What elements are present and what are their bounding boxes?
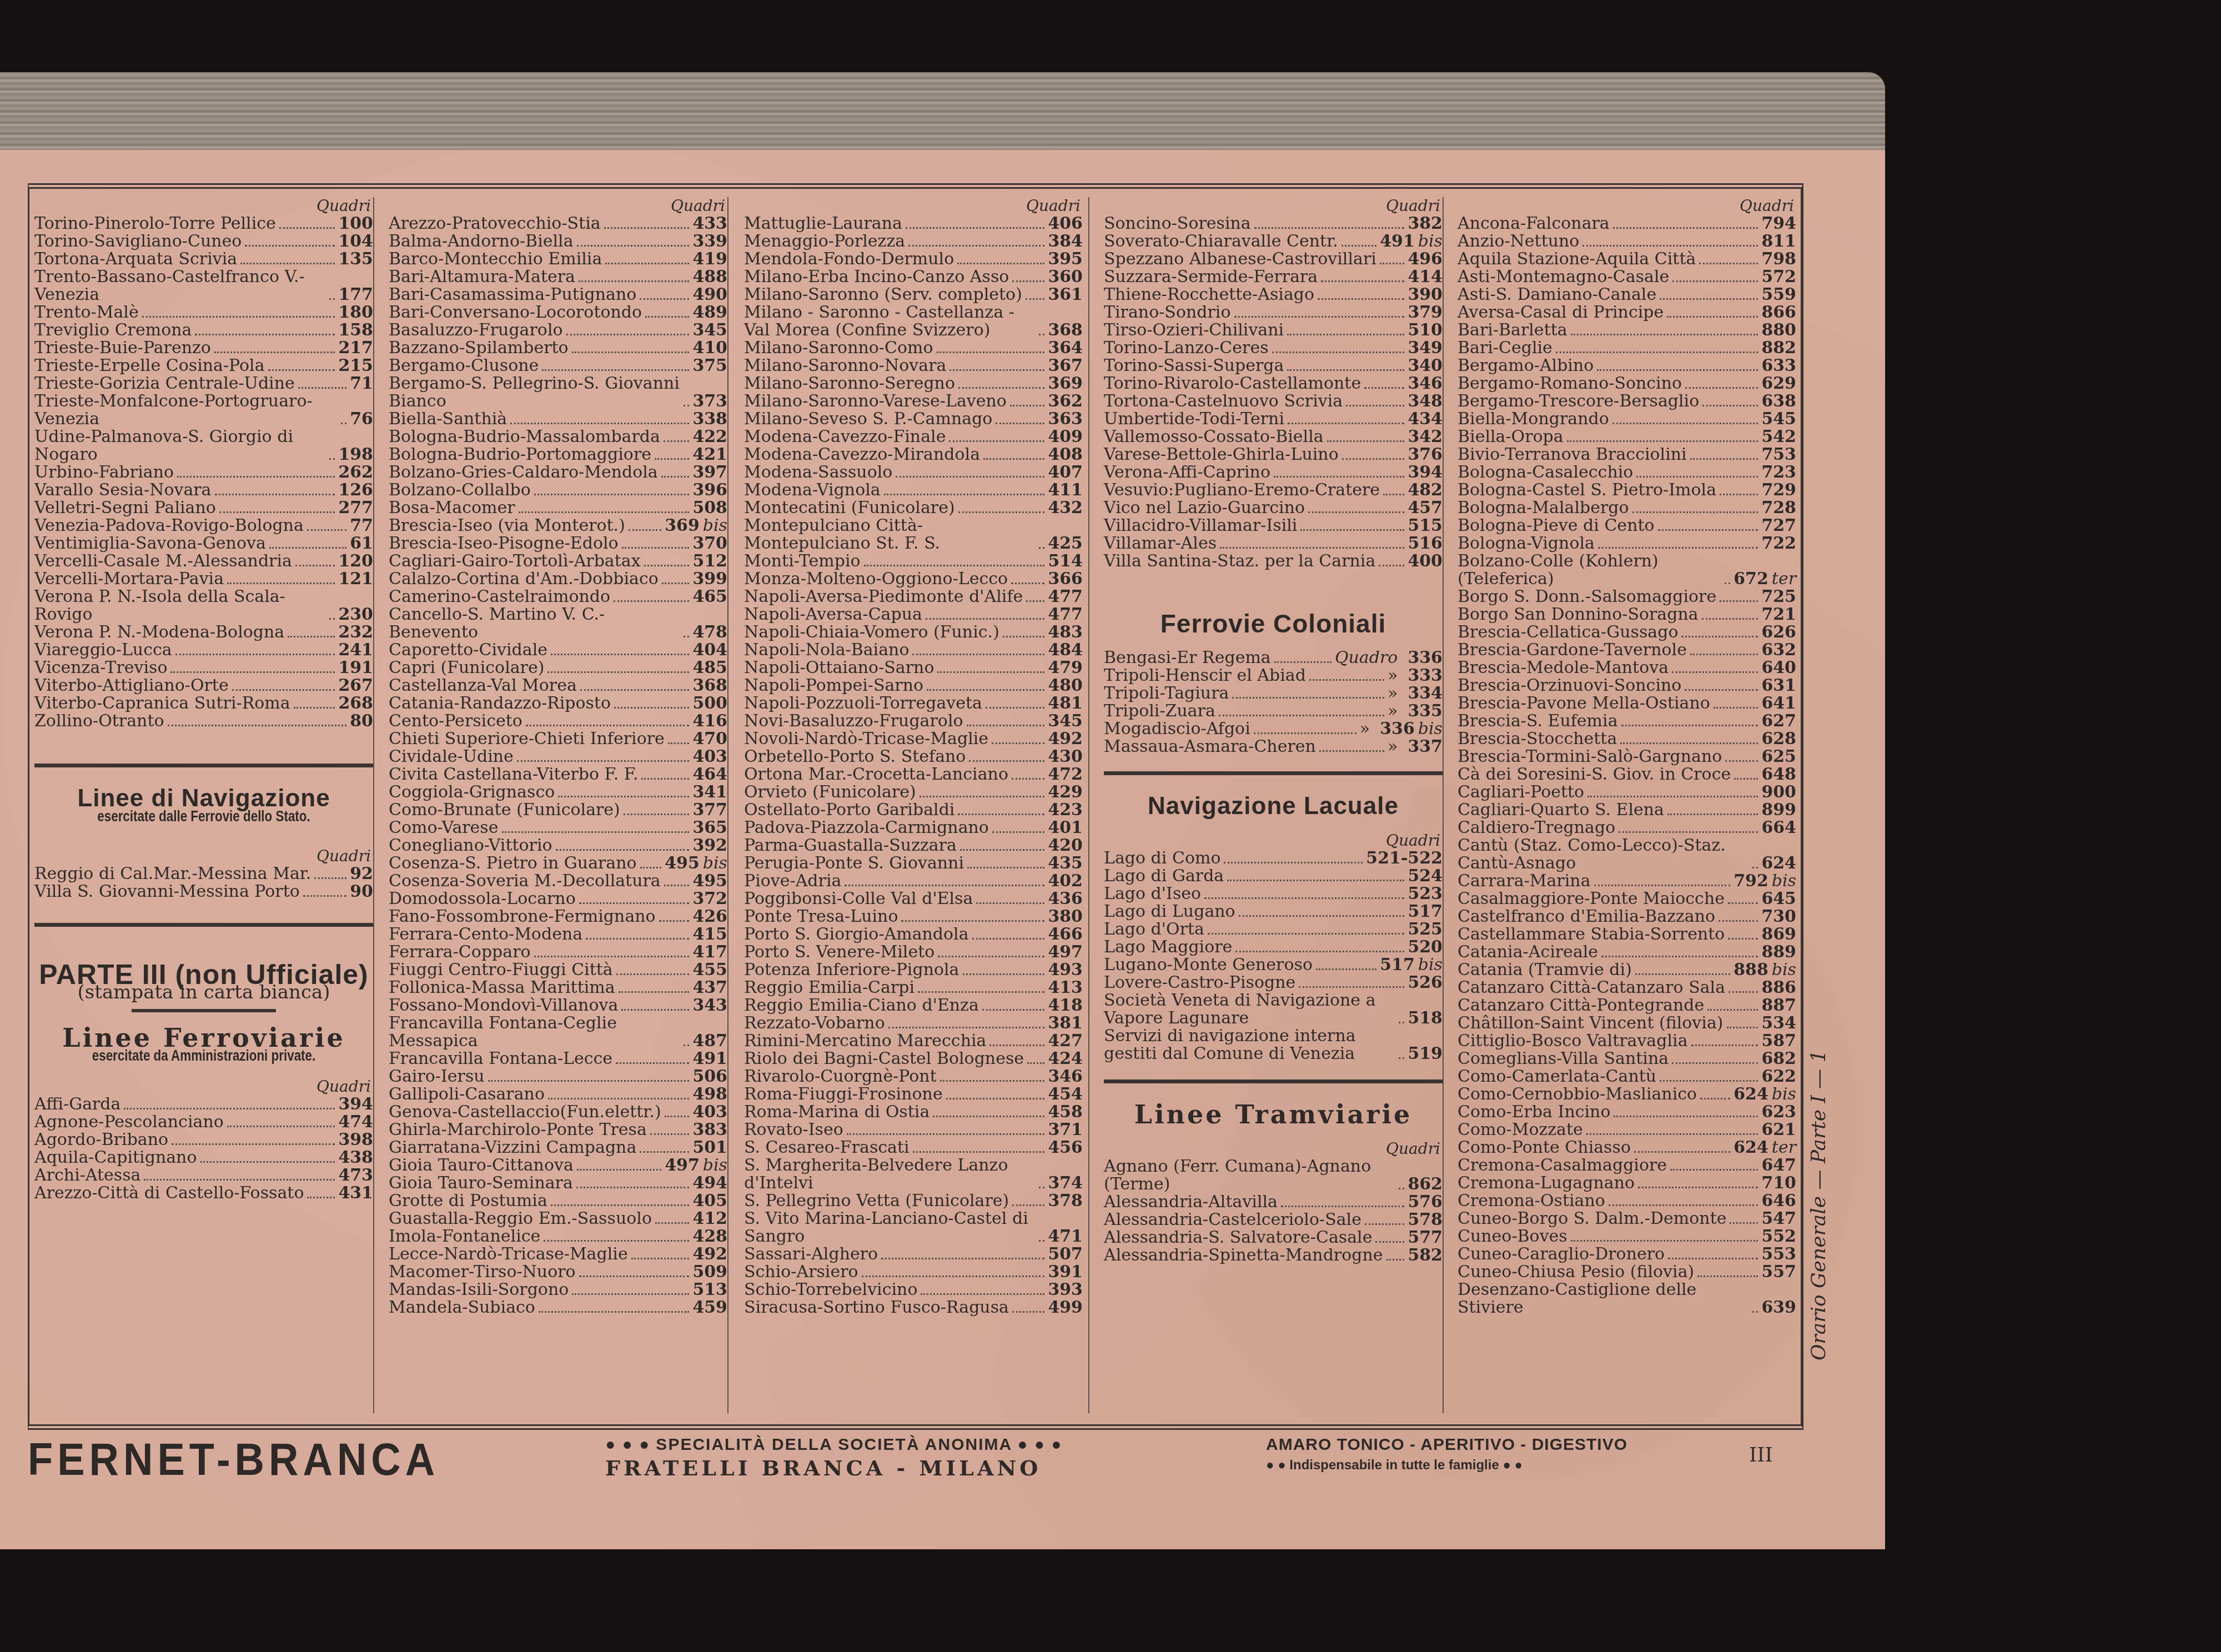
entry-name: Napoli-Pompei-Sarno bbox=[744, 677, 923, 695]
entry-name: Anzio-Nettuno bbox=[1458, 233, 1579, 250]
index-entry: Catania-Acireale889 bbox=[1458, 943, 1796, 961]
entry-name: Reggio Emilia-Ciano d'Enza bbox=[744, 997, 979, 1015]
dot-leader bbox=[579, 902, 690, 904]
entry-table-number: 417 bbox=[692, 943, 727, 961]
dot-leader bbox=[986, 707, 1044, 709]
dot-leader bbox=[1281, 1206, 1404, 1207]
entry-table-number: 361 bbox=[1048, 286, 1083, 304]
index-entry: Napoli-Aversa-Piedimonte d'Alife477 bbox=[744, 588, 1083, 606]
entry-table-number: 411 bbox=[1048, 481, 1083, 499]
entry-name: Torino-Pinerolo-Torre Pellice bbox=[34, 215, 276, 233]
entry-table-number: 61 bbox=[350, 535, 373, 553]
index-entry: Urbino-Fabriano262 bbox=[34, 464, 373, 481]
column-2: Quadri Arezzo-Pratovecchio-Stia433Balma-… bbox=[389, 197, 727, 1413]
dot-leader bbox=[665, 1116, 690, 1117]
entry-table-number: 364 bbox=[1048, 339, 1083, 357]
entry-table-number: 394 bbox=[338, 1096, 373, 1113]
entry-name: Gioia Tauro-Cittanova bbox=[389, 1157, 574, 1174]
index-entry: Aversa-Casal di Principe866 bbox=[1458, 304, 1796, 322]
dot-leader bbox=[937, 352, 1045, 353]
dot-leader bbox=[969, 760, 1044, 762]
entry-name: Bergamo-Romano-Soncino bbox=[1458, 375, 1682, 393]
entry-name: Soncino-Soresina bbox=[1104, 215, 1251, 233]
entry-table-number: 866 bbox=[1761, 304, 1796, 322]
dot-leader bbox=[1700, 1098, 1730, 1099]
entry-name: Viareggio-Lucca bbox=[34, 641, 172, 659]
index-entry: Montepulciano Città-Montepulciano St. F.… bbox=[744, 517, 1083, 553]
entry-name: Bari-Ceglie bbox=[1458, 339, 1552, 357]
entry-name: Cantù (Staz. Como-Lecco)-Staz. Cantù-Asn… bbox=[1458, 837, 1749, 872]
dot-leader bbox=[641, 778, 689, 780]
dot-leader bbox=[655, 458, 689, 460]
entry-name: Montecatini (Funicolare) bbox=[744, 499, 955, 517]
entry-table-number: 526 bbox=[1408, 974, 1443, 992]
entry-table-number: 470 bbox=[692, 730, 727, 748]
dot-leader bbox=[314, 877, 346, 879]
entry-table-number: 624 bbox=[1733, 1139, 1768, 1157]
index-entry: Tripoli-Henscir el Abiad»333 bbox=[1104, 667, 1443, 685]
dot-leader bbox=[341, 423, 346, 424]
entry-mark: » bbox=[1388, 738, 1398, 756]
entry-name: Agnano (Ferr. Cumana)-Agnano (Terme) bbox=[1104, 1158, 1395, 1193]
fernet-branca-advert: FERNET-BRANCA ● ● ● SPECIALITÀ DELLA SOC… bbox=[28, 1435, 1799, 1491]
route-list: Arezzo-Pratovecchio-Stia433Balma-Andorno… bbox=[389, 215, 727, 1317]
entry-table-number: 465 bbox=[692, 588, 727, 606]
entry-name: Bari-Casamassima-Putignano bbox=[389, 286, 636, 304]
dot-leader bbox=[1232, 697, 1384, 699]
entry-name: Bergamo-Clusone bbox=[389, 357, 539, 375]
index-entry: Verona-Affi-Caprino394 bbox=[1104, 464, 1443, 481]
index-entry: Torino-Sassi-Superga340 bbox=[1104, 357, 1443, 375]
entry-name: Brescia-Iseo-Pisogne-Edolo bbox=[389, 535, 619, 553]
index-entry: Ostellato-Porto Garibaldi423 bbox=[744, 801, 1083, 819]
entry-table-number: 492 bbox=[1048, 730, 1083, 748]
quadri-label: Quadri bbox=[1458, 197, 1796, 215]
entry-table-number: 362 bbox=[1048, 393, 1083, 410]
entry-table-number: 340 bbox=[1408, 357, 1443, 375]
entry-table-number: 431 bbox=[338, 1184, 373, 1202]
dot-leader bbox=[1318, 298, 1404, 300]
entry-table-number: 557 bbox=[1761, 1263, 1796, 1281]
dot-leader bbox=[619, 991, 690, 993]
entry-name: Potenza Inferiore-Pignola bbox=[744, 961, 959, 979]
dot-leader bbox=[1012, 1311, 1044, 1313]
dot-leader bbox=[1287, 334, 1404, 335]
entry-table-number: 438 bbox=[338, 1149, 373, 1167]
index-entry: Viareggio-Lucca241 bbox=[34, 641, 373, 659]
index-entry: Reggio di Cal.Mar.-Messina Mar.92 bbox=[34, 865, 373, 883]
dot-leader bbox=[946, 1098, 1045, 1099]
entry-table-number: 360 bbox=[1048, 268, 1083, 286]
entry-table-number: 578 bbox=[1408, 1211, 1443, 1229]
dot-leader bbox=[1039, 334, 1044, 335]
dot-leader bbox=[1039, 547, 1044, 549]
dot-leader bbox=[539, 1311, 689, 1313]
dot-leader bbox=[1239, 915, 1405, 917]
index-entry: Cremona-Lugagnano710 bbox=[1458, 1174, 1796, 1192]
index-entry: Bari-Conversano-Locorotondo489 bbox=[389, 304, 727, 322]
entry-name: Cuneo-Chiusa Pesio (filovia) bbox=[1458, 1263, 1694, 1281]
index-entry: Lago di Lugano517 bbox=[1104, 903, 1443, 921]
index-entry: Rezzato-Vobarno381 bbox=[744, 1015, 1083, 1032]
index-entry: Massaua-Asmara-Cheren»337 bbox=[1104, 738, 1443, 756]
index-entry: Padova-Piazzola-Carmignano401 bbox=[744, 819, 1083, 837]
dot-leader bbox=[551, 654, 689, 655]
entry-name: Fano-Fossombrone-Fermignano bbox=[389, 908, 656, 926]
entry-table-number: 492 bbox=[692, 1246, 727, 1263]
dot-leader bbox=[1667, 814, 1758, 815]
entry-name: Capri (Funicolare) bbox=[389, 659, 544, 677]
dot-leader bbox=[219, 511, 335, 513]
dot-leader bbox=[1635, 973, 1730, 975]
dot-leader bbox=[1012, 778, 1044, 780]
entry-table-number: 862 bbox=[1408, 1176, 1443, 1193]
entry-name: Bari-Barletta bbox=[1458, 322, 1567, 339]
index-entry: Villacidro-Villamar-Isili515 bbox=[1104, 517, 1443, 535]
entry-name: S. Margherita-Belvedere Lanzo d'Intelvi bbox=[744, 1157, 1036, 1192]
entry-name: Milano-Erba Incino-Canzo Asso bbox=[744, 268, 1009, 286]
dot-leader bbox=[200, 1161, 335, 1163]
entry-table-number: 232 bbox=[338, 624, 373, 641]
dot-leader bbox=[640, 298, 689, 300]
dot-leader bbox=[972, 938, 1045, 940]
entry-name: Cuneo-Borgo S. Dalm.-Demonte bbox=[1458, 1210, 1726, 1228]
entry-table-number: 381 bbox=[1048, 1015, 1083, 1032]
entry-name: Tirano-Sondrio bbox=[1104, 304, 1231, 322]
entry-name: Brescia-Iseo (via Monterot.) bbox=[389, 517, 625, 535]
index-entry: Lago di Como521-522 bbox=[1104, 850, 1443, 867]
entry-table-number: 501 bbox=[692, 1139, 727, 1157]
index-entry: Borgo San Donnino-Soragna721 bbox=[1458, 606, 1796, 624]
index-entry: Fano-Fossombrone-Fermignano426 bbox=[389, 908, 727, 926]
dot-leader bbox=[534, 494, 690, 495]
entry-name: Mandas-Isili-Sorgono bbox=[389, 1281, 569, 1299]
entry-name: Udine-Palmanova-S. Giorgio di Nogaro bbox=[34, 428, 326, 464]
dot-leader bbox=[1204, 897, 1404, 899]
index-entry: Catanzaro Città-Pontegrande887 bbox=[1458, 997, 1796, 1015]
entry-table-number: 631 bbox=[1761, 677, 1796, 695]
index-entry: Spezzano Albanese-Castrovillari496 bbox=[1104, 250, 1443, 268]
index-entry: S. Margherita-Belvedere Lanzo d'Intelvi3… bbox=[744, 1157, 1083, 1192]
entry-table-number: 378 bbox=[1048, 1192, 1083, 1210]
entry-mark: Quadro bbox=[1335, 649, 1398, 667]
dot-leader bbox=[926, 618, 1044, 620]
entry-table-number: 477 bbox=[1048, 606, 1083, 624]
entry-table-number: 455 bbox=[692, 961, 727, 979]
entry-table-number: 672 bbox=[1733, 570, 1768, 588]
dot-leader bbox=[1316, 968, 1376, 970]
ad-brand: FERNET-BRANCA bbox=[28, 1433, 439, 1485]
index-entry: Bolzano-Collalbo396 bbox=[389, 481, 727, 499]
entry-suffix: bis bbox=[1772, 961, 1796, 979]
dot-leader bbox=[1636, 476, 1758, 478]
dot-leader bbox=[329, 298, 335, 300]
index-entry: Tirso-Ozieri-Chilivani510 bbox=[1104, 322, 1443, 339]
entry-name: Trieste-Buie-Parenzo bbox=[34, 339, 211, 357]
entry-name: Follonica-Massa Marittima bbox=[389, 979, 615, 997]
entry-table-number: 100 bbox=[338, 215, 373, 233]
entry-table-number: 491 bbox=[1380, 233, 1415, 250]
index-entry: S. Vito Marina-Lanciano-Castel di Sangro… bbox=[744, 1210, 1083, 1246]
dot-leader bbox=[1556, 352, 1758, 353]
index-entry: Zollino-Otranto80 bbox=[34, 712, 373, 730]
entry-table-number: 459 bbox=[692, 1299, 727, 1317]
entry-name: Brescia-Tormini-Salò-Gargnano bbox=[1458, 748, 1722, 766]
entry-name: Lecce-Nardò-Tricase-Maglie bbox=[389, 1246, 628, 1263]
entry-table-number: 495 bbox=[665, 855, 700, 872]
entry-table-number: 727 bbox=[1761, 517, 1796, 535]
entry-table-number: 414 bbox=[1408, 268, 1443, 286]
entry-name: Como-Mozzate bbox=[1458, 1121, 1583, 1139]
entry-name: Agnone-Pescolanciano bbox=[34, 1113, 224, 1131]
entry-name: Cosenza-Soveria M.-Decollatura bbox=[389, 872, 661, 890]
entry-table-number: 268 bbox=[338, 695, 373, 712]
entry-table-number: 346 bbox=[1408, 375, 1443, 393]
index-entry: Mogadiscio-Afgoi»336bis bbox=[1104, 720, 1443, 738]
entry-name: Desenzano-Castiglione delle Stiviere bbox=[1458, 1281, 1749, 1317]
entry-table-number: 510 bbox=[1408, 322, 1443, 339]
entry-name: Venezia-Padova-Rovigo-Bologna bbox=[34, 517, 304, 535]
entry-name: Vercelli-Casale M.-Alessandria bbox=[34, 553, 292, 570]
entry-name: S. Vito Marina-Lanciano-Castel di Sangro bbox=[744, 1210, 1036, 1246]
index-entry: Bergamo-Trescore-Bersaglio638 bbox=[1458, 393, 1796, 410]
index-entry: Torino-Lanzo-Ceres349 bbox=[1104, 339, 1443, 357]
index-entry: Ferrara-Cento-Modena415 bbox=[389, 926, 727, 943]
entry-table-number: 886 bbox=[1761, 979, 1796, 997]
dot-leader bbox=[232, 689, 335, 691]
index-entry: Cosenza-Soveria M.-Decollatura495 bbox=[389, 872, 727, 890]
dot-leader bbox=[142, 316, 335, 318]
dot-leader bbox=[577, 245, 690, 247]
entry-name: Perugia-Ponte S. Giovanni bbox=[744, 855, 964, 872]
dot-leader bbox=[288, 636, 335, 637]
entry-table-number: 343 bbox=[692, 997, 727, 1015]
entry-name: Milano-Saronno-Seregno bbox=[744, 375, 955, 393]
entry-name: Trento-Malè bbox=[34, 304, 139, 322]
entry-name: Brescia-Stocchetta bbox=[1458, 730, 1617, 748]
entry-name: Cuneo-Boves bbox=[1458, 1228, 1567, 1246]
entry-name: Cagliari-Poetto bbox=[1458, 784, 1584, 801]
ad-line-4: ● ● Indispensabile in tutte le famiglie … bbox=[1266, 1458, 1522, 1473]
entry-name: Suzzara-Sermide-Ferrara bbox=[1104, 268, 1318, 286]
dot-leader bbox=[1707, 1009, 1758, 1011]
entry-table-number: 512 bbox=[692, 553, 727, 570]
entry-name: Torino-Sassi-Superga bbox=[1104, 357, 1284, 375]
index-entry: Genova-Castellaccio(Fun.elettr.)403 bbox=[389, 1103, 727, 1121]
index-entry: Mendola-Fondo-Dermulo395 bbox=[744, 250, 1083, 268]
section-rule bbox=[34, 923, 373, 927]
entry-table-number: 576 bbox=[1408, 1193, 1443, 1211]
entry-table-number: 430 bbox=[1048, 748, 1083, 766]
entry-table-number: 421 bbox=[692, 446, 727, 464]
dot-leader bbox=[1702, 405, 1758, 406]
dot-leader bbox=[168, 725, 347, 726]
entry-name: Biella-Oropa bbox=[1458, 428, 1564, 446]
dot-leader bbox=[1227, 880, 1404, 881]
entry-name: Parma-Guastalla-Suzzara bbox=[744, 837, 957, 855]
entry-table-number: 420 bbox=[1048, 837, 1083, 855]
index-entry: Bologna-Castel S. Pietro-Imola729 bbox=[1458, 481, 1796, 499]
entry-table-number: 432 bbox=[1048, 499, 1083, 517]
entry-name: Rivarolo-Cuorgnè-Pont bbox=[744, 1068, 937, 1086]
dot-leader bbox=[949, 440, 1044, 442]
entry-table-number: 899 bbox=[1761, 801, 1796, 819]
dot-leader bbox=[1730, 1222, 1758, 1224]
dot-leader bbox=[1399, 1188, 1404, 1189]
entry-name: Modena-Sassuolo bbox=[744, 464, 892, 481]
dot-leader bbox=[1012, 280, 1044, 282]
index-entry: Conegliano-Vittorio392 bbox=[389, 837, 727, 855]
entry-table-number: 478 bbox=[692, 624, 727, 641]
dot-leader bbox=[1670, 1169, 1758, 1171]
entry-name: Ortona Mar.-Crocetta-Lanciano bbox=[744, 766, 1008, 784]
entry-table-number: 472 bbox=[1048, 766, 1083, 784]
column-5: Quadri Ancona-Falconara794Anzio-Nettuno8… bbox=[1458, 197, 1796, 1413]
dot-leader bbox=[650, 1133, 690, 1135]
entry-name: Napoli-Aversa-Capua bbox=[744, 606, 922, 624]
dot-leader bbox=[1234, 316, 1405, 318]
entry-name: Alessandria-Spinetta-Mandrogne bbox=[1104, 1247, 1383, 1264]
index-entry: Brescia-Cellatica-Gussago626 bbox=[1458, 624, 1796, 641]
lacuale-title: Navigazione Lacuale bbox=[1104, 797, 1443, 815]
entry-table-number: 454 bbox=[1048, 1086, 1083, 1103]
index-entry: Fiuggi Centro-Fiuggi Città455 bbox=[389, 961, 727, 979]
entry-table-number: 346 bbox=[1048, 1068, 1083, 1086]
index-entry: Bergamo-Romano-Soncino629 bbox=[1458, 375, 1796, 393]
index-entry: Brescia-Medole-Mantova640 bbox=[1458, 659, 1796, 677]
dot-leader bbox=[616, 973, 690, 975]
entry-table-number: 753 bbox=[1761, 446, 1796, 464]
entry-table-number: 489 bbox=[692, 304, 727, 322]
dot-leader bbox=[295, 565, 335, 566]
dot-leader bbox=[640, 867, 662, 868]
entry-table-number: 376 bbox=[1408, 446, 1443, 464]
index-entry: Grotte di Postumia405 bbox=[389, 1192, 727, 1210]
entry-table-number: 433 bbox=[692, 215, 727, 233]
entry-table-number: 392 bbox=[692, 837, 727, 855]
entry-table-number: 277 bbox=[338, 499, 373, 517]
entry-table-number: 76 bbox=[350, 410, 373, 428]
entry-table-number: 639 bbox=[1761, 1299, 1796, 1317]
entry-name: Bolzano-Colle (Kohlern) (Teleferica) bbox=[1458, 553, 1721, 588]
entry-name: Lugano-Monte Generoso bbox=[1104, 956, 1313, 974]
dot-leader bbox=[1702, 618, 1758, 620]
dot-leader bbox=[502, 831, 690, 833]
dot-leader bbox=[1728, 902, 1758, 904]
index-entry: Udine-Palmanova-S. Giorgio di Nogaro198 bbox=[34, 428, 373, 464]
entry-table-number: 336 bbox=[1408, 649, 1443, 667]
entry-name: Brescia-Orzinuovi-Soncino bbox=[1458, 677, 1681, 695]
entry-name: Calalzo-Cortina d'Am.-Dobbiaco bbox=[389, 570, 659, 588]
entry-table-number: 473 bbox=[338, 1167, 373, 1184]
dot-leader bbox=[269, 547, 346, 549]
dot-leader bbox=[534, 956, 690, 957]
index-entry: Archi-Atessa473 bbox=[34, 1167, 373, 1184]
dot-leader bbox=[227, 583, 335, 584]
entry-name: Conegliano-Vittorio bbox=[389, 837, 552, 855]
dot-leader bbox=[544, 1240, 689, 1242]
dot-leader bbox=[614, 600, 689, 602]
index-entry: Perugia-Ponte S. Giovanni435 bbox=[744, 855, 1083, 872]
index-entry: Napoli-Pompei-Sarno480 bbox=[744, 677, 1083, 695]
entry-name: Rovato-Iseo bbox=[744, 1121, 843, 1139]
index-entry: Brescia-S. Eufemia627 bbox=[1458, 712, 1796, 730]
entry-name: Lago di Como bbox=[1104, 850, 1220, 867]
index-entry: Bergamo-S. Pellegrino-S. Giovanni Bianco… bbox=[389, 375, 727, 410]
entry-name: Porto S. Giorgio-Amandola bbox=[744, 926, 969, 943]
entry-table-number: 71 bbox=[350, 375, 373, 393]
entry-name: Tortona-Castelnuovo Scrivia bbox=[1104, 393, 1343, 410]
index-entry: Menaggio-Porlezza384 bbox=[744, 233, 1083, 250]
index-entry: Gallipoli-Casarano498 bbox=[389, 1086, 727, 1103]
dot-leader bbox=[566, 334, 690, 335]
entry-name: Aquila-Capitignano bbox=[34, 1149, 197, 1167]
dot-leader bbox=[298, 387, 346, 389]
entry-table-number: 394 bbox=[1408, 464, 1443, 481]
entry-table-number: 158 bbox=[338, 322, 373, 339]
dot-leader bbox=[1752, 1311, 1758, 1313]
entry-table-number: 410 bbox=[692, 339, 727, 357]
entry-table-number: 348 bbox=[1408, 393, 1443, 410]
entry-name: Castellammare Stabia-Sorrento bbox=[1458, 926, 1725, 943]
entry-table-number: 345 bbox=[1048, 712, 1083, 730]
entry-table-number: 456 bbox=[1048, 1139, 1083, 1157]
index-entry: Catania (Tramvie di)888bis bbox=[1458, 961, 1796, 979]
dot-leader bbox=[1660, 298, 1758, 300]
entry-table-number: 241 bbox=[338, 641, 373, 659]
index-entry: Monza-Molteno-Oggiono-Lecco366 bbox=[744, 570, 1083, 588]
entry-table-number: 480 bbox=[1048, 677, 1083, 695]
entry-table-number: 515 bbox=[1408, 517, 1443, 535]
dot-leader bbox=[1039, 1240, 1044, 1242]
entry-name: Bolzano-Collalbo bbox=[389, 481, 531, 499]
entry-name: Reggio Emilia-Carpi bbox=[744, 979, 914, 997]
index-entry: Torino-Savigliano-Cuneo104 bbox=[34, 233, 373, 250]
entry-name: Biella-Santhià bbox=[389, 410, 507, 428]
dot-leader bbox=[913, 1151, 1045, 1153]
entry-name: Aquila Stazione-Aquila Città bbox=[1458, 250, 1696, 268]
dot-leader bbox=[983, 458, 1044, 460]
index-entry: Thiene-Rocchette-Asiago390 bbox=[1104, 286, 1443, 304]
entry-name: Novoli-Nardò-Tricase-Maglie bbox=[744, 730, 988, 748]
entry-name: Società Veneta di Navigazione a Vapore L… bbox=[1104, 992, 1395, 1027]
index-entry: Parma-Guastalla-Suzzara420 bbox=[744, 837, 1083, 855]
entry-name: Sassari-Alghero bbox=[744, 1246, 878, 1263]
dot-leader bbox=[1299, 986, 1404, 988]
entry-name: Milano - Saronno - Castellanza - Val Mor… bbox=[744, 304, 1036, 339]
index-entry: Anzio-Nettuno811 bbox=[1458, 233, 1796, 250]
entry-table-number: 622 bbox=[1761, 1068, 1796, 1086]
index-entry: Milano-Saronno-Varese-Laveno362 bbox=[744, 393, 1083, 410]
dot-leader bbox=[921, 1293, 1044, 1295]
index-entry: Trieste-Gorizia Centrale-Udine71 bbox=[34, 375, 373, 393]
entry-name: Asti-S. Damiano-Canale bbox=[1458, 286, 1656, 304]
entry-table-number: 491 bbox=[692, 1050, 727, 1068]
entry-name: Urbino-Fabriano bbox=[34, 464, 174, 481]
entry-table-number: 621 bbox=[1761, 1121, 1796, 1139]
dot-leader bbox=[655, 1222, 689, 1224]
entry-name: Caldiero-Tregnago bbox=[1458, 819, 1615, 837]
entry-table-number: 437 bbox=[692, 979, 727, 997]
entry-name: Cittiglio-Bosco Valtravaglia bbox=[1458, 1032, 1688, 1050]
dot-leader bbox=[967, 725, 1045, 726]
entry-table-number: 534 bbox=[1761, 1015, 1796, 1032]
entry-table-number: 338 bbox=[692, 410, 727, 428]
entry-name: Bologna-Castel S. Pietro-Imola bbox=[1458, 481, 1716, 499]
entry-name: Cremona-Ostiano bbox=[1458, 1192, 1605, 1210]
entry-name: Bazzano-Spilamberto bbox=[389, 339, 569, 357]
entry-table-number: 499 bbox=[1048, 1299, 1083, 1317]
